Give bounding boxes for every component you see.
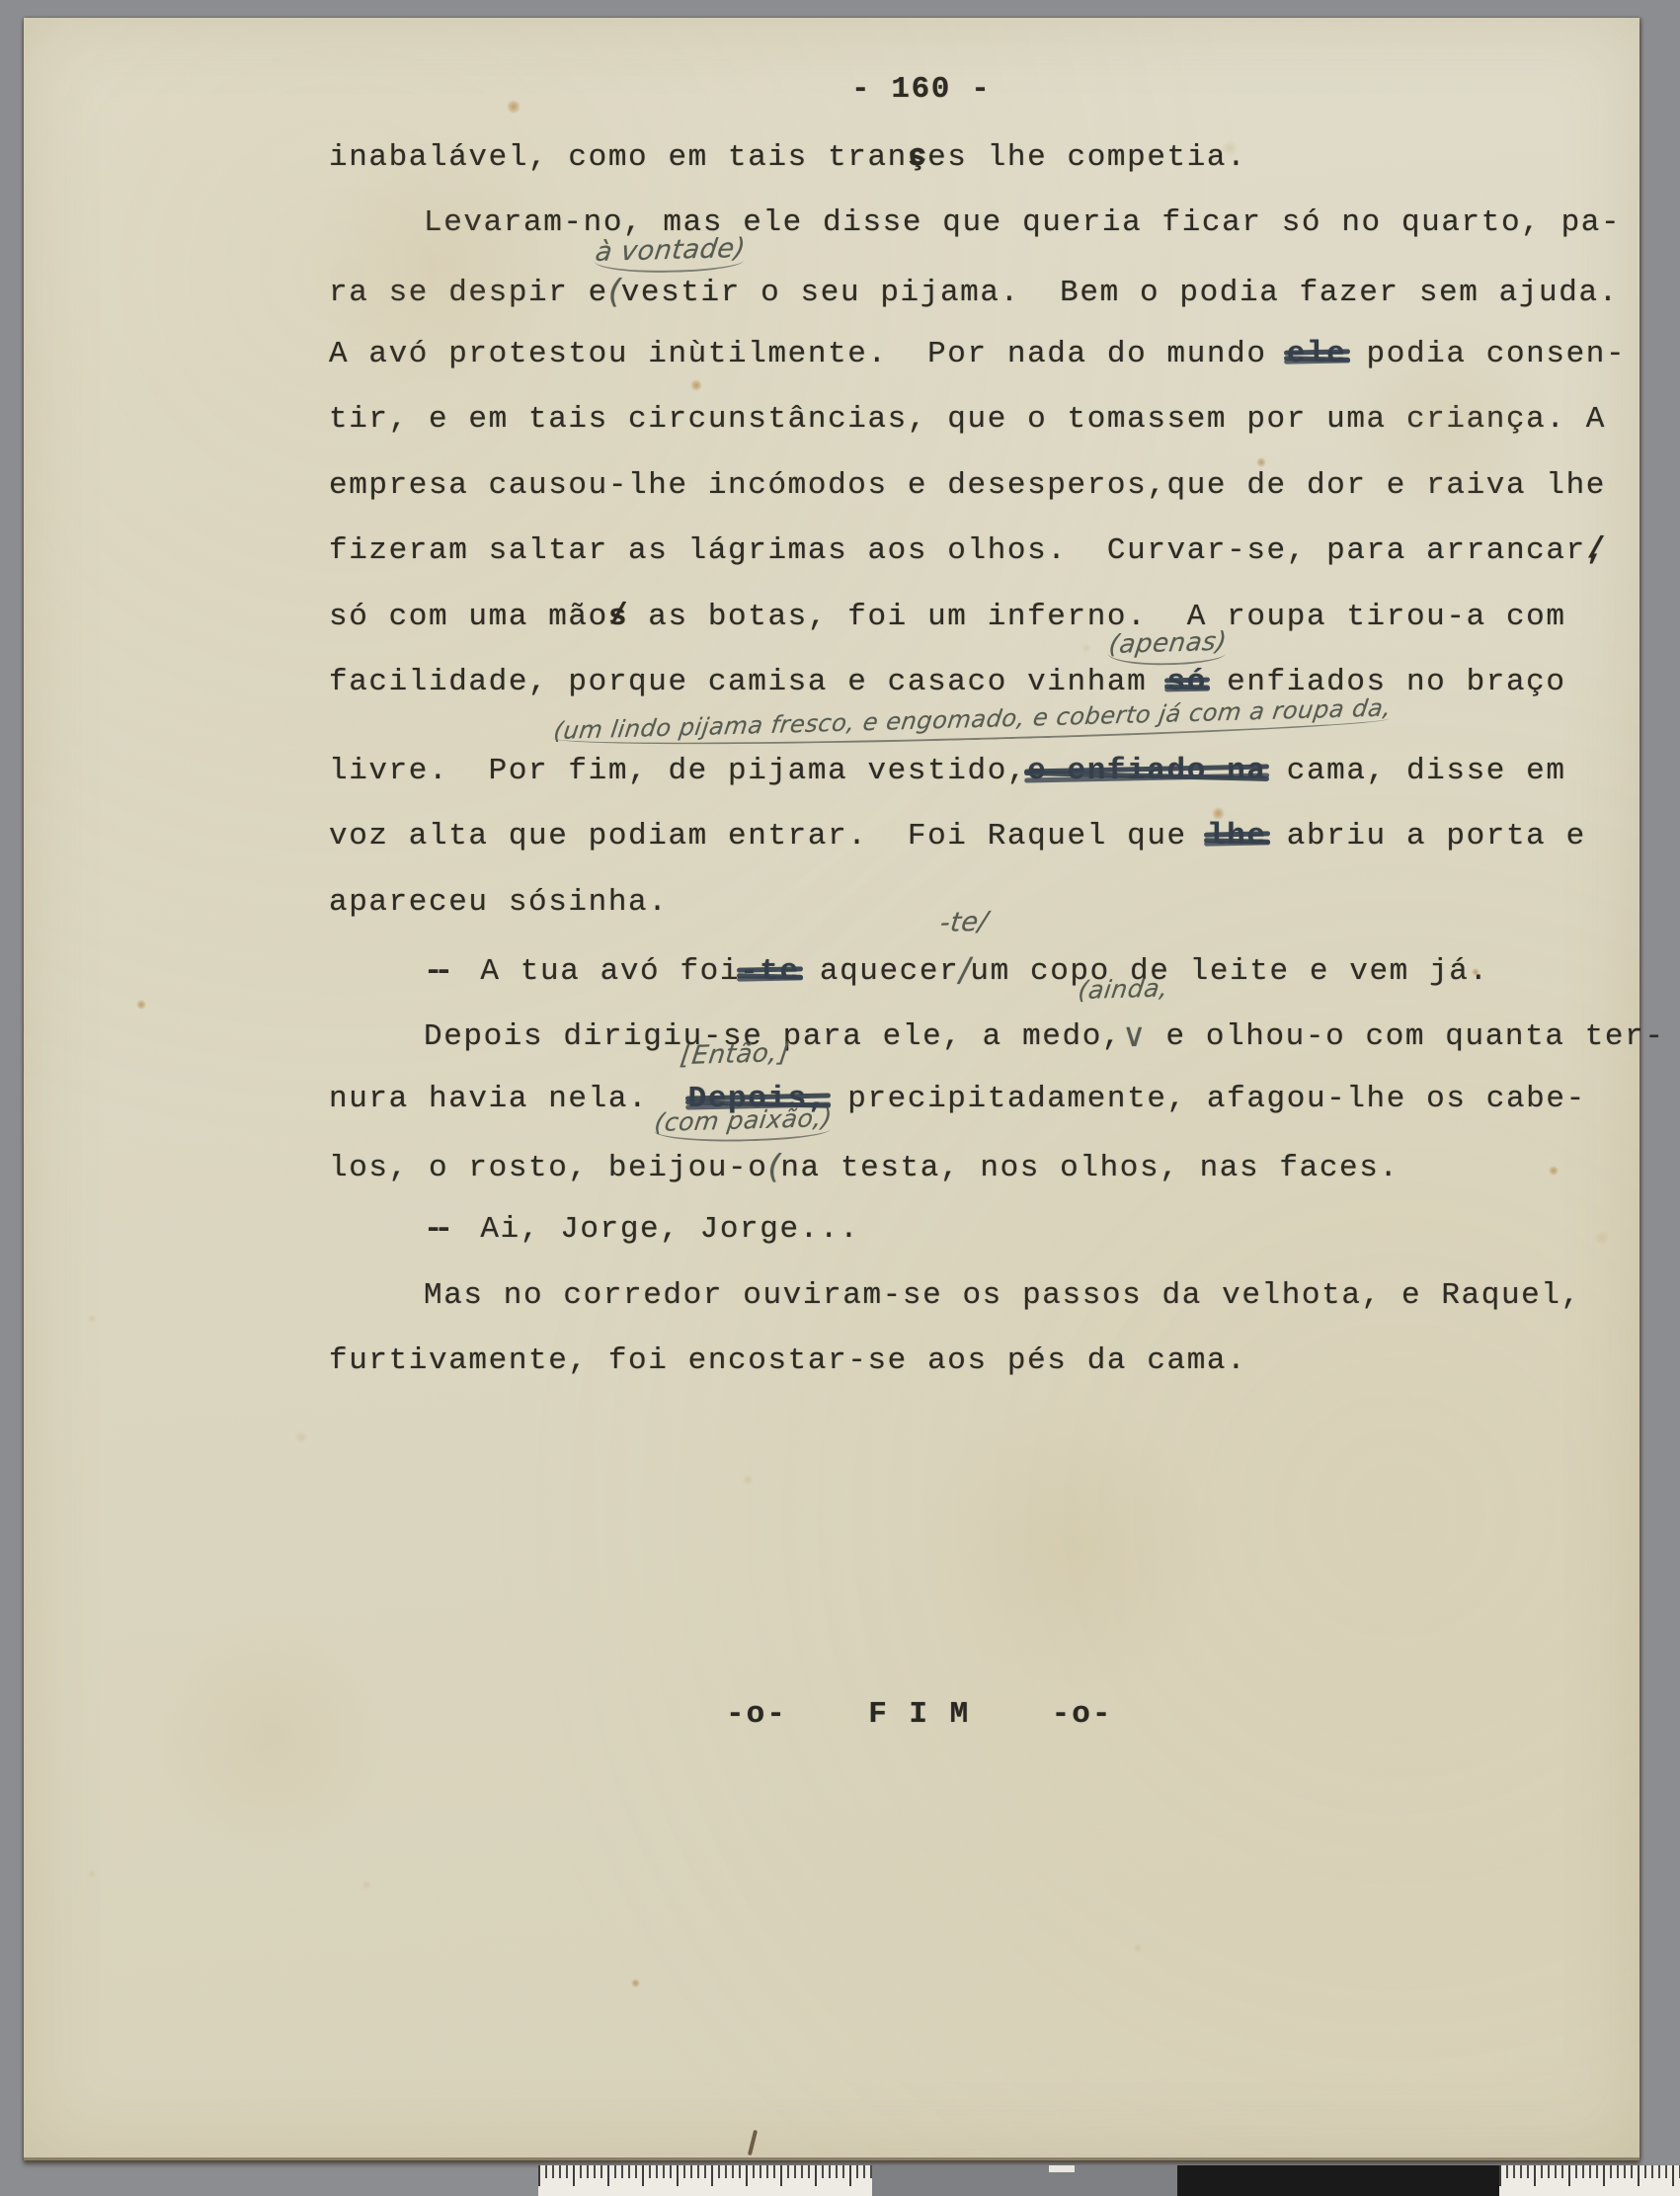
handwritten-annotation: ⌊Então,⌋ [680, 1038, 790, 1071]
typescript-line: só com uma mãos/ as botas, foi um infern… [329, 600, 1566, 635]
text-segment: A tua avó foi [460, 954, 740, 989]
stain-spot [1594, 1230, 1610, 1246]
struck-out-text: e enfiado na [1027, 754, 1266, 788]
typescript-line: livre. Por fim, de pijama vestido,e enfi… [329, 754, 1566, 789]
dialogue-dash: -- [424, 954, 444, 989]
stain-spot [690, 379, 702, 391]
manuscript-page: - 160 - inabalável, como em tais transçe… [24, 18, 1640, 2160]
end-of-text-mark: -o- F I M -o- [726, 1697, 1112, 1732]
text-segment: empresa causou-lhe incómodos e desespero… [329, 468, 1606, 503]
overtyped-char: s/ [608, 600, 628, 635]
typescript-line: nura havia nela. Depois, precipitadament… [329, 1082, 1586, 1117]
handwritten-annotation: (um lindo pijama fresco, e engomado, e c… [551, 693, 1393, 752]
stain-spot [507, 100, 520, 114]
overtyped-char: sç [908, 140, 927, 176]
typescript-line: -- Ai, Jorge, Jorge... [424, 1212, 859, 1248]
text-segment: Levaram-no, mas ele disse que queria fic… [424, 205, 1621, 240]
struck-out-text: lhe [1207, 819, 1267, 854]
struck-out-text: só [1167, 665, 1207, 699]
scale-bar-gray-patch [872, 2165, 1177, 2196]
text-segment: A avó protestou inùtilmente. Por nada do… [329, 337, 1287, 371]
text-segment: facilidade, porque camisa e casaco vinha… [329, 665, 1167, 699]
text-segment: es lhe competia. [927, 140, 1246, 175]
scale-bar-notch [1049, 2165, 1075, 2172]
text-segment: livre. Por fim, de pijama vestido, [329, 754, 1027, 788]
stain-spot [1256, 457, 1266, 467]
scanned-document: - 160 - inabalável, como em tais transçe… [0, 0, 1680, 2196]
text-segment: tir, e em tais circunstâncias, que o tom… [329, 402, 1606, 437]
stain-spot [136, 1000, 146, 1010]
text-segment: apareceu sósinha. [329, 885, 668, 920]
text-segment: e olhou-o com quanta ter- [1146, 1019, 1664, 1054]
typescript-line: A avó protestou inùtilmente. Por nada do… [329, 337, 1626, 372]
stain-spot [361, 1880, 371, 1890]
stain-blotch [913, 1401, 1229, 1697]
stain-spot [1081, 643, 1091, 653]
text-segment: nura havia nela. [329, 1082, 688, 1116]
page-number: - 160 - [851, 72, 991, 107]
stain-spot [294, 1430, 308, 1444]
text-segment: ra se despir e [329, 276, 608, 310]
typescript-line: los, o rosto, beijou-o(na testa, nos olh… [329, 1147, 1400, 1186]
typescript-line: fizeram saltar as lágrimas aos olhos. Cu… [329, 533, 1606, 569]
struck-out-text: -te [740, 954, 800, 989]
text-segment: abriu a porta e [1267, 819, 1586, 854]
typescript-line: voz alta que podiam entrar. Foi Raquel q… [329, 819, 1586, 854]
typescript-line: empresa causou-lhe incómodos e desespero… [329, 468, 1606, 504]
text-segment: só com uma mão [329, 600, 608, 634]
paper-tear [748, 2130, 758, 2155]
text-segment: aquecer [800, 954, 960, 989]
insertion-mark: ( [767, 1147, 780, 1185]
stain-spot [1133, 1943, 1143, 1953]
typescript-line: -- A tua avó foi-te aquecer/um copo de l… [424, 950, 1489, 990]
text-segment: Mas no corredor ouviram-se os passos da … [424, 1278, 1581, 1313]
text-segment: furtivamente, foi encostar-se aos pés da… [329, 1343, 1246, 1378]
text-segment: fizeram saltar as lágrimas aos olhos. Cu… [329, 533, 1586, 568]
insertion-mark: / [959, 950, 970, 989]
text-segment: los, o rosto, beijou-o [329, 1151, 767, 1185]
stain-blotch [142, 1618, 399, 1855]
handwritten-annotation: (ainda, [1077, 973, 1170, 1005]
scale-bar-ruler-left [538, 2165, 872, 2196]
typescript-line: tir, e em tais circunstâncias, que o tom… [329, 402, 1606, 438]
scale-bar-ruler-right [1499, 2165, 1680, 2196]
text-segment: inabalável, como em tais tran [329, 140, 908, 175]
handwritten-annotation: (apenas) [1106, 627, 1229, 667]
overtyped-char: ,/ [1586, 533, 1606, 569]
struck-out-text: ele [1287, 337, 1347, 371]
insertion-mark: ( [608, 272, 621, 310]
text-segment: na testa, nos olhos, nas faces. [780, 1151, 1399, 1185]
stain-spot [631, 1979, 640, 1988]
stain-spot [88, 1870, 96, 1878]
typescript-line: Depois dirigiu-se para ele, a medo,∨ e o… [424, 1016, 1665, 1055]
typescript-line: apareceu sósinha. [329, 885, 668, 921]
dialogue-dash: -- [424, 1212, 444, 1247]
handwritten-annotation: à vontade) [593, 233, 748, 275]
text-segment: voz alta que podiam entrar. Foi Raquel q… [329, 819, 1207, 854]
typescript-line: furtivamente, foi encostar-se aos pés da… [329, 1343, 1246, 1379]
typescript-line: ra se despir e(vestir o seu pijama. Bem … [329, 272, 1619, 311]
stain-spot [742, 1474, 754, 1486]
insertion-mark: ∨ [1122, 1016, 1146, 1054]
text-segment: precipitadamente, afagou-lhe os cabe- [828, 1082, 1586, 1116]
typescript-line: Levaram-no, mas ele disse que queria fic… [424, 205, 1621, 241]
stain-spot [1549, 1166, 1559, 1176]
text-segment: vestir o seu pijama. Bem o podia fazer s… [621, 276, 1619, 310]
text-segment: podia consen- [1346, 337, 1626, 371]
typescript-line: inabalável, como em tais transçes lhe co… [329, 140, 1246, 176]
text-segment: Ai, Jorge, Jorge... [460, 1212, 859, 1247]
text-segment: um copo de leite e vem já. [970, 954, 1488, 989]
handwritten-annotation: (com paixão,) [652, 1103, 834, 1144]
text-segment: cama, disse em [1267, 754, 1566, 788]
stain-spot [87, 1314, 97, 1324]
scale-bar-black-patch [1177, 2165, 1499, 2196]
text-segment: as botas, foi um inferno. A roupa tirou-… [628, 600, 1566, 634]
typescript-line: Mas no corredor ouviram-se os passos da … [424, 1278, 1581, 1314]
handwritten-annotation: -te/ [938, 907, 990, 938]
